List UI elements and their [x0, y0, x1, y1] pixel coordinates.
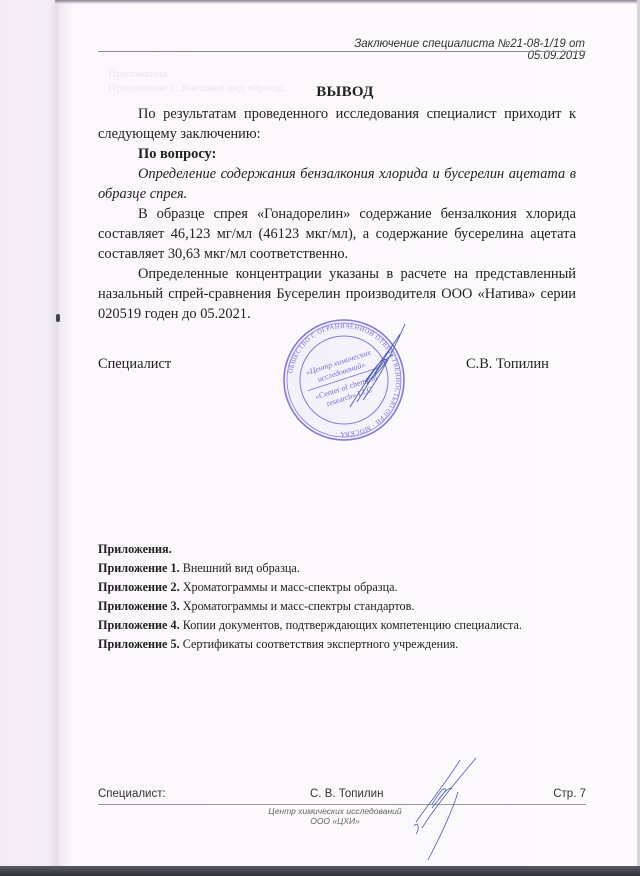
result-paragraph: В образце спрея «Гонадорелин» содержание…: [98, 204, 576, 264]
appendix-item: Приложение 5. Сертификаты соответствия э…: [98, 635, 558, 654]
show-through-text: Приложения.: [108, 68, 170, 80]
note-paragraph: Определенные концентрации указаны в расч…: [98, 264, 576, 324]
page-number: Стр. 7: [553, 788, 586, 800]
footer-role: Специалист:: [98, 788, 166, 800]
appendix-item: Приложение 4. Копии документов, подтверж…: [98, 616, 558, 635]
appendix-item: Приложение 3. Хроматограммы и масс-спект…: [98, 597, 558, 616]
question-text: Определение содержания бензалкония хлори…: [98, 164, 576, 204]
binding-mark: [56, 314, 60, 322]
adjacent-page-edge: [0, 0, 58, 876]
footer-signature-icon: [408, 752, 488, 862]
appendices-heading: Приложения.: [98, 540, 558, 559]
scan-shadow-top: [55, 0, 640, 4]
question-label: По вопросу:: [98, 144, 576, 164]
footer-organization: Центр химических исследований ООО «ЦХИ»: [250, 806, 420, 826]
appendix-item: Приложение 2. Хроматограммы и масс-спект…: [98, 578, 558, 597]
signer-role: Специалист: [98, 356, 171, 373]
page-footer: Специалист: С. В. Топилин Стр. 7: [98, 788, 586, 802]
footer-signer: С. В. Топилин: [310, 788, 383, 800]
handwritten-signature-icon: [345, 322, 415, 412]
section-title: ВЫВОД: [0, 84, 640, 101]
scan-shadow-bottom: [0, 866, 640, 876]
document-header-title: Заключение специалиста №21-08-1/19 от 05…: [325, 38, 585, 62]
footer-divider: [98, 804, 586, 805]
intro-paragraph: По результатам проведенного исследования…: [98, 104, 576, 144]
appendix-item: Приложение 1. Внешний вид образца.: [98, 559, 558, 578]
signer-name: С.В. Топилин: [466, 356, 549, 373]
header-divider: [98, 51, 586, 52]
